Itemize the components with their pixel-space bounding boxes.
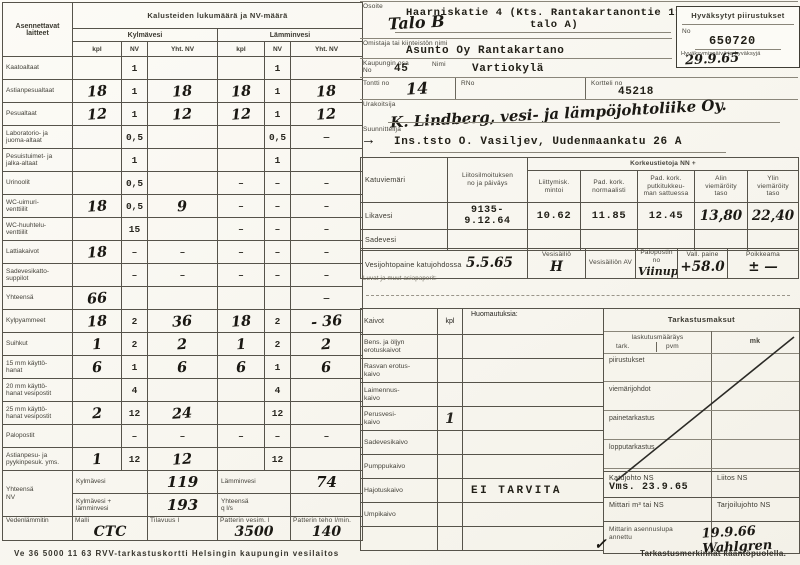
- inspection-fees-panel: Tarkastusmaksut laskutusmääräys tark. pv…: [603, 308, 800, 554]
- fixture-row: Pesualtaat 12 1 12 12 1 12: [3, 103, 363, 126]
- fixture-row: 15 mm käyttö- hanat 6 1 6 6 1 6: [3, 356, 363, 379]
- sewer-table: Katuviemäri Liitosilmoituksen no ja päiv…: [360, 157, 799, 251]
- fixture-label: Palopostit: [3, 425, 73, 448]
- fixture-label: 25 mm käyttö- hanat vesipostit: [3, 402, 73, 425]
- well-label: Perusvesi- kaivo: [361, 407, 438, 431]
- well-kpl-cell: [438, 479, 463, 503]
- cold-nv-cell: 0,5: [122, 126, 148, 149]
- fixture-label: Laboratorio- ja juoma-altaat: [3, 126, 73, 149]
- well-kpl-cell: [438, 335, 463, 359]
- fixtures-title: Kalusteiden lukumäärä ja NV-määrä: [73, 3, 363, 29]
- lowest-drained-level-header: Alin viemäröity taso: [695, 171, 748, 203]
- approved-no-value: 650720: [709, 34, 756, 48]
- heater-power-value: 140: [293, 524, 360, 540]
- fixture-label: WC-huuhtelu- venttiilit: [3, 218, 73, 241]
- water-tank-av-cell: Vesisäiliön AV: [586, 249, 636, 279]
- wells-rows: Bens. ja öljyn erotuskaivot Rasvan erotu…: [361, 335, 604, 551]
- cold-nv-cell: 2: [122, 310, 148, 333]
- divider-line: [455, 78, 456, 99]
- reverse-side-note: Tarkastusmerkinnät kääntöpuolella.: [640, 549, 786, 558]
- warm-yht-cell: –: [291, 195, 363, 218]
- fixtures-summary: Yhteensä NV Kylmävesi 119 Lämminvesi 74 …: [3, 471, 363, 541]
- cold-kpl-cell: [73, 264, 122, 287]
- designer-value: Ins.tsto O. Vasiljev, Uudenmaankatu 26 A: [394, 136, 682, 148]
- meter-label: Mittari m³ tai NS: [609, 501, 664, 510]
- cold-kpl-cell: [73, 218, 122, 241]
- service-pipe-label: Tarjoilujohto NS: [717, 501, 771, 510]
- address-value-line2: talo A): [530, 19, 578, 31]
- well-kpl-cell: [438, 527, 463, 551]
- wells-label-header: Kaivot: [361, 309, 438, 335]
- cold-yht-cell: [148, 126, 218, 149]
- cold-yht-cell: 2: [148, 333, 218, 356]
- cold-kpl-cell: 1: [73, 448, 122, 471]
- meter-permit-label: Mittarin asennuslupa annettu: [609, 526, 673, 542]
- cold-kpl-cell: [73, 172, 122, 195]
- sum-total-label: Kylmävesi + lämminvesi: [73, 494, 148, 517]
- well-note-cell: [463, 407, 604, 431]
- divider-line: [360, 1, 798, 2]
- cold-kpl-cell: 1: [73, 333, 122, 356]
- cold-total-label: Kylmävesi: [73, 471, 148, 494]
- warm-total-label: Lämminvesi: [218, 471, 291, 494]
- cold-yht-cell: 9: [148, 195, 218, 218]
- warm-kpl-cell: 18: [218, 80, 265, 103]
- warm-yht-cell: —: [291, 126, 363, 149]
- underline: [366, 295, 790, 296]
- fixture-row: Suihkut 1 2 2 1 2 2: [3, 333, 363, 356]
- warm-yht-cell: 2: [291, 333, 363, 356]
- rvv-inspection-card: Asennettavat laitteet Kalusteiden lukumä…: [0, 0, 800, 565]
- wastewater-connection-elev: 10.62: [528, 203, 581, 230]
- cold-nv-cell: 1: [122, 57, 148, 80]
- fixture-label: Sadevesikatto- suppilot: [3, 264, 73, 287]
- sum-total-value: 193: [148, 494, 218, 517]
- cold-yht-header: Yht. NV: [148, 42, 218, 57]
- well-label: Umpikaivo: [361, 503, 438, 527]
- divider-line: [585, 78, 586, 99]
- cold-kpl-cell: [73, 149, 122, 172]
- wastewater-backup-blockage: 12.45: [638, 203, 695, 230]
- wells-header-row: Kaivot kpl Huomautuksia:: [361, 309, 604, 335]
- well-row: Pumppukaivo: [361, 455, 604, 479]
- warm-nv-cell: –: [265, 264, 291, 287]
- fixture-label: Astianpesualtaat: [3, 80, 73, 103]
- fixture-row: Astianpesualtaat 18 1 18 18 1 18: [3, 80, 363, 103]
- warm-yht-cell: 6: [291, 356, 363, 379]
- warm-kpl-cell: [218, 149, 265, 172]
- warm-kpl-cell: 12: [218, 103, 265, 126]
- form-id-footer: Ve 36 5000 11 63 RVV-tarkastuskortti Hel…: [14, 549, 339, 558]
- cold-yht-cell: 6: [148, 356, 218, 379]
- underline: [390, 152, 726, 153]
- cold-kpl-cell: 18: [73, 80, 122, 103]
- address-handwritten-building: Talo B: [388, 12, 446, 34]
- cold-kpl-header: kpl: [73, 42, 122, 57]
- divider-line: [604, 331, 799, 332]
- cold-nv-header: NV: [122, 42, 148, 57]
- contractor-label: Urakoitsija: [363, 101, 396, 109]
- permits-label: Luvat ja muut asiapaperit:: [363, 276, 437, 283]
- warm-kpl-cell: –: [218, 218, 265, 241]
- warm-nv-cell: 1: [265, 80, 291, 103]
- cold-yht-cell: [148, 287, 218, 310]
- well-label: Rasvan erotus- kaivo: [361, 359, 438, 383]
- fixture-label: Yhteensä: [3, 287, 73, 310]
- divider-line: [604, 521, 799, 522]
- cold-total-value: 119: [148, 471, 218, 494]
- well-row: Umpikaivo: [361, 503, 604, 527]
- wells-table: Kaivot kpl Huomautuksia: Bens. ja öljyn …: [360, 308, 604, 551]
- hydrant-no-label: Palopostin no: [638, 249, 675, 265]
- cold-nv-cell: 12: [122, 448, 148, 471]
- warm-kpl-cell: [218, 126, 265, 149]
- approved-drawings-title: Hyväksytyt piirustukset: [677, 11, 799, 20]
- district-name-label: Nimi: [432, 61, 446, 69]
- cold-yht-cell: 18: [148, 80, 218, 103]
- warm-nv-header: NV: [265, 42, 291, 57]
- cold-kpl-cell: 12: [73, 103, 122, 126]
- well-note-cell: [463, 503, 604, 527]
- street-pipe-value: Vms. 23.9.65: [609, 482, 688, 493]
- address-label: Osoite: [363, 3, 383, 11]
- cold-kpl-cell: 18: [73, 241, 122, 264]
- connection-notice-header: Liitosilmoituksen no ja päiväys: [448, 158, 528, 203]
- fixture-label: Pesualtaat: [3, 103, 73, 126]
- fixture-row: Kaatoaltaat 1 1: [3, 57, 363, 80]
- plot-value: 14: [406, 78, 429, 98]
- cold-kpl-cell: 18: [73, 195, 122, 218]
- inspection-fees-title: Tarkastusmaksut: [604, 315, 799, 324]
- cold-nv-cell: 4: [122, 379, 148, 402]
- warm-yht-cell: –: [291, 425, 363, 448]
- fixture-row: Sadevesikatto- suppilot – – – – –: [3, 264, 363, 287]
- water-tank-cell: Vesisäiliö H: [528, 249, 586, 279]
- warm-nv-cell: [265, 287, 291, 310]
- well-row: [361, 527, 604, 551]
- fixtures-table: Asennettavat laitteet Kalusteiden lukumä…: [2, 2, 363, 541]
- warm-yht-cell: [291, 448, 363, 471]
- cold-yht-cell: 36: [148, 310, 218, 333]
- cold-yht-cell: –: [148, 264, 218, 287]
- cold-nv-cell: –: [122, 425, 148, 448]
- connection-point-header: Liittymisk. mintoi: [528, 171, 581, 203]
- water-tank-label: Vesisäiliö: [530, 251, 583, 259]
- well-note-cell: [463, 527, 604, 551]
- pressure-date: 5.5.65: [466, 255, 513, 271]
- warm-yht-cell: [291, 149, 363, 172]
- well-label: Sadevesikaivo: [361, 431, 438, 455]
- well-kpl-cell: [438, 383, 463, 407]
- arrow-icon: →: [361, 131, 376, 148]
- fixtures-header: Asennettavat laitteet Kalusteiden lukumä…: [3, 3, 363, 57]
- divider-line: [682, 24, 794, 25]
- approved-no-label: No: [682, 28, 691, 36]
- well-label: Pumppukaivo: [361, 455, 438, 479]
- cold-nv-cell: 12: [122, 402, 148, 425]
- wells-kpl-header: kpl: [438, 309, 463, 335]
- warm-yht-cell: 18: [291, 80, 363, 103]
- well-kpl-cell: [438, 359, 463, 383]
- plot-label: Tontti no: [363, 80, 389, 88]
- cold-nv-cell: –: [122, 241, 148, 264]
- fixture-row: WC-uimuri- venttiilit 18 0,5 9 – – –: [3, 195, 363, 218]
- cold-nv-cell: 0,5: [122, 172, 148, 195]
- warm-yht-cell: –: [291, 172, 363, 195]
- warm-yht-cell: —: [291, 287, 363, 310]
- fixture-row: Pesuistuimet- ja jalka-altaat 1 1: [3, 149, 363, 172]
- warm-water-group-label: Lämminvesi: [218, 29, 363, 42]
- warm-kpl-cell: [218, 57, 265, 80]
- water-tank-value: H: [530, 259, 583, 275]
- wastewater-lowest-level: 13,80: [695, 203, 748, 230]
- heater-power-cell: Patterin teho l/min. 140: [291, 517, 363, 541]
- cold-yht-cell: [148, 379, 218, 402]
- heater-volume-label: Tilavuus l: [150, 517, 215, 525]
- pressure-label: Vesijohtopaine katujohdossa: [365, 260, 462, 269]
- cold-kpl-cell: [73, 57, 122, 80]
- q-total-value: [291, 494, 363, 517]
- q-total-label: Yhteensä q l/s: [218, 494, 291, 517]
- well-label: Hajotuskaivo: [361, 479, 438, 503]
- well-kpl-cell: [438, 431, 463, 455]
- fixtures-corner-label: Asennettavat laitteet: [3, 3, 73, 57]
- fixture-row: WC-huuhtelu- venttiilit 15 – – –: [3, 218, 363, 241]
- well-kpl-cell: [438, 455, 463, 479]
- hydrant-no-cell: Palopostin no Viinup.: [636, 249, 678, 279]
- well-note-cell: [463, 455, 604, 479]
- warm-kpl-cell: –: [218, 264, 265, 287]
- water-pressure-table: Vesijohtopaine katujohdossa 5.5.65 Vesis…: [360, 248, 799, 279]
- warm-nv-cell: 2: [265, 333, 291, 356]
- wells-notes-header: Huomautuksia:: [463, 309, 604, 335]
- wastewater-backup-normal: 11.85: [581, 203, 638, 230]
- heater-radiator-water-cell: Patterin vesim. l 3500: [218, 517, 291, 541]
- fixture-label: Suihkut: [3, 333, 73, 356]
- warm-nv-cell: 1: [265, 149, 291, 172]
- connection-ns-label: Liitos NS: [717, 474, 748, 483]
- heater-model-value: CTC: [75, 524, 145, 540]
- cold-nv-cell: 1: [122, 103, 148, 126]
- divider-line: [604, 471, 799, 472]
- cold-yht-cell: –: [148, 425, 218, 448]
- warm-nv-cell: –: [265, 195, 291, 218]
- diagonal-strike: [608, 333, 798, 485]
- warm-kpl-cell: –: [218, 241, 265, 264]
- well-row: Sadevesikaivo: [361, 431, 604, 455]
- cold-yht-cell: 12: [148, 448, 218, 471]
- block-value: 45218: [618, 86, 654, 98]
- water-heater-label: Vedenlämmitin: [3, 517, 73, 541]
- fixture-row: Palopostit – – – – –: [3, 425, 363, 448]
- warm-nv-cell: 12: [265, 448, 291, 471]
- warm-yht-cell: –: [291, 218, 363, 241]
- well-note-cell: EI TARVITA: [463, 479, 604, 503]
- fixture-label: Kylpyammeet: [3, 310, 73, 333]
- cold-nv-cell: –: [122, 264, 148, 287]
- warm-kpl-cell: 6: [218, 356, 265, 379]
- well-row: Laimennus- kaivo: [361, 383, 604, 407]
- cold-nv-cell: 15: [122, 218, 148, 241]
- cold-kpl-cell: 2: [73, 402, 122, 425]
- district-name-value: Vartiokylä: [472, 63, 544, 75]
- cold-nv-cell: [122, 287, 148, 310]
- fixture-row: Lattiakaivot 18 – – – – –: [3, 241, 363, 264]
- cold-yht-cell: [148, 218, 218, 241]
- water-heater-row: Vedenlämmitin Malli CTC Tilavuus l Patte…: [3, 517, 363, 541]
- well-label: Laimennus- kaivo: [361, 383, 438, 407]
- fixture-row: Urinoolit 0,5 – – –: [3, 172, 363, 195]
- warm-yht-cell: [291, 57, 363, 80]
- fixture-row: 25 mm käyttö- hanat vesipostit 2 12 24 1…: [3, 402, 363, 425]
- cold-nv-cell: 1: [122, 80, 148, 103]
- warm-kpl-cell: [218, 402, 265, 425]
- warm-kpl-cell: [218, 448, 265, 471]
- cold-yht-cell: 12: [148, 103, 218, 126]
- fixture-label: Kaatoaltaat: [3, 57, 73, 80]
- cold-kpl-cell: 6: [73, 356, 122, 379]
- cold-nv-cell: 0,5: [122, 195, 148, 218]
- warm-yht-cell: - 36: [291, 310, 363, 333]
- fixture-label: WC-uimuri- venttiilit: [3, 195, 73, 218]
- well-row: Hajotuskaivo EI TARVITA: [361, 479, 604, 503]
- well-note-cell: [463, 431, 604, 455]
- checkmark-icon: ✓: [594, 535, 607, 553]
- wastewater-notice: 9135-9.12.64: [448, 203, 528, 230]
- well-note-cell: [463, 359, 604, 383]
- fixture-row: 20 mm käyttö- hanat vesipostit 4 4: [3, 379, 363, 402]
- cold-water-group-label: Kylmävesi: [73, 29, 218, 42]
- warm-total-value: 74: [291, 471, 363, 494]
- well-row: Rasvan erotus- kaivo: [361, 359, 604, 383]
- highest-drained-level-header: Ylin viemäröity taso: [748, 171, 799, 203]
- rno-label: RNo: [461, 80, 475, 88]
- fixture-label: Lattiakaivot: [3, 241, 73, 264]
- well-row: Bens. ja öljyn erotuskaivot: [361, 335, 604, 359]
- well-kpl-cell: 1: [438, 407, 463, 431]
- prevailing-pressure-value: +58.0: [680, 259, 725, 275]
- warm-kpl-cell: –: [218, 425, 265, 448]
- deviation-cell: Poikkeama ± —: [728, 249, 799, 279]
- warm-nv-cell: 2: [265, 310, 291, 333]
- cold-kpl-cell: 66: [73, 287, 122, 310]
- heater-radiator-water-value: 3500: [220, 524, 288, 540]
- hydrant-no-value: Viinup.: [638, 265, 675, 278]
- warm-nv-cell: 1: [265, 103, 291, 126]
- fixture-label: Urinoolit: [3, 172, 73, 195]
- cold-kpl-cell: 18: [73, 310, 122, 333]
- cold-yht-cell: [148, 172, 218, 195]
- warm-kpl-cell: [218, 287, 265, 310]
- warm-nv-cell: –: [265, 218, 291, 241]
- fixtures-rows: Kaatoaltaat 1 1 Astianpesualtaat 18 1 18…: [3, 57, 363, 471]
- warm-kpl-cell: –: [218, 172, 265, 195]
- district-no-label: No: [363, 67, 372, 75]
- fixture-label: 20 mm käyttö- hanat vesipostit: [3, 379, 73, 402]
- fixture-row: Astianpesu- ja pyykinpesuk. yms. 1 12 12…: [3, 448, 363, 471]
- warm-yht-cell: –: [291, 264, 363, 287]
- wastewater-label: Likavesi: [361, 203, 448, 230]
- warm-yht-cell: 12: [291, 103, 363, 126]
- cold-nv-cell: 1: [122, 149, 148, 172]
- warm-nv-cell: 4: [265, 379, 291, 402]
- warm-nv-cell: –: [265, 172, 291, 195]
- fixture-label: 15 mm käyttö- hanat: [3, 356, 73, 379]
- well-label: [361, 527, 438, 551]
- cold-nv-cell: 1: [122, 356, 148, 379]
- cold-kpl-cell: [73, 379, 122, 402]
- warm-yht-cell: [291, 379, 363, 402]
- heater-volume-cell: Tilavuus l: [148, 517, 218, 541]
- cold-yht-cell: [148, 57, 218, 80]
- warm-kpl-cell: 18: [218, 310, 265, 333]
- divider-line: [360, 38, 672, 39]
- well-kpl-cell: [438, 503, 463, 527]
- well-row: Perusvesi- kaivo 1: [361, 407, 604, 431]
- warm-nv-cell: 1: [265, 57, 291, 80]
- warm-nv-cell: 0,5: [265, 126, 291, 149]
- prevailing-pressure-label: Vall. paine: [680, 251, 725, 259]
- heater-model-cell: Malli CTC: [73, 517, 148, 541]
- backup-height-normal-header: Pad. kork. normaalisti: [581, 171, 638, 203]
- wastewater-highest-level: 22,40: [748, 203, 799, 230]
- warm-kpl-cell: –: [218, 195, 265, 218]
- underline: [388, 122, 780, 123]
- pressure-label-cell: Vesijohtopaine katujohdossa 5.5.65: [361, 249, 528, 279]
- fixture-row: Kylpyammeet 18 2 36 18 2 - 36: [3, 310, 363, 333]
- total-nv-label: Yhteensä NV: [3, 471, 73, 517]
- cold-yht-cell: 24: [148, 402, 218, 425]
- well-note-cell: [463, 383, 604, 407]
- divider-line: [604, 497, 799, 498]
- fixture-label: Astianpesu- ja pyykinpesuk. yms.: [3, 448, 73, 471]
- warm-kpl-cell: [218, 379, 265, 402]
- street-sewer-label: Katuviemäri: [361, 158, 448, 203]
- fixture-row: Yhteensä 66 —: [3, 287, 363, 310]
- approved-drawings-box: Hyväksytyt piirustukset No 650720 Hyväks…: [676, 6, 800, 68]
- warm-nv-cell: –: [265, 425, 291, 448]
- elevation-data-header: Korkeustietoja NN +: [528, 158, 799, 171]
- approved-date-value: 29.9.65: [685, 51, 740, 69]
- fixture-row: Laboratorio- ja juoma-altaat 0,5 0,5 —: [3, 126, 363, 149]
- cold-kpl-cell: [73, 126, 122, 149]
- district-no-value: 45: [394, 63, 408, 75]
- cold-yht-cell: [148, 149, 218, 172]
- fixture-label: Pesuistuimet- ja jalka-altaat: [3, 149, 73, 172]
- deviation-value: ± —: [730, 259, 796, 275]
- well-label: Bens. ja öljyn erotuskaivot: [361, 335, 438, 359]
- warm-yht-cell: [291, 402, 363, 425]
- warm-nv-cell: 12: [265, 402, 291, 425]
- well-note-cell: [463, 335, 604, 359]
- deviation-label: Poikkeama: [730, 251, 796, 259]
- warm-kpl-header: kpl: [218, 42, 265, 57]
- warm-yht-cell: –: [291, 241, 363, 264]
- cold-yht-cell: –: [148, 241, 218, 264]
- backup-height-blockage-header: Pad. kork. putkitukkeu- man sattuessa: [638, 171, 695, 203]
- totals-row-1: Yhteensä NV Kylmävesi 119 Lämminvesi 74: [3, 471, 363, 494]
- underline: [395, 32, 671, 33]
- water-tank-av-label: Vesisäiliön AV: [588, 259, 633, 267]
- cold-nv-cell: 2: [122, 333, 148, 356]
- owner-value: Asunto Oy Rantakartano: [406, 45, 564, 57]
- cold-kpl-cell: [73, 425, 122, 448]
- divider-line: [360, 58, 672, 59]
- warm-kpl-cell: 1: [218, 333, 265, 356]
- address-value: Haarniskatie 4 (Kts. Rantakartanontie 11: [406, 7, 682, 19]
- warm-yht-header: Yht. NV: [291, 42, 363, 57]
- wastewater-row: Likavesi 9135-9.12.64 10.62 11.85 12.45 …: [361, 203, 799, 230]
